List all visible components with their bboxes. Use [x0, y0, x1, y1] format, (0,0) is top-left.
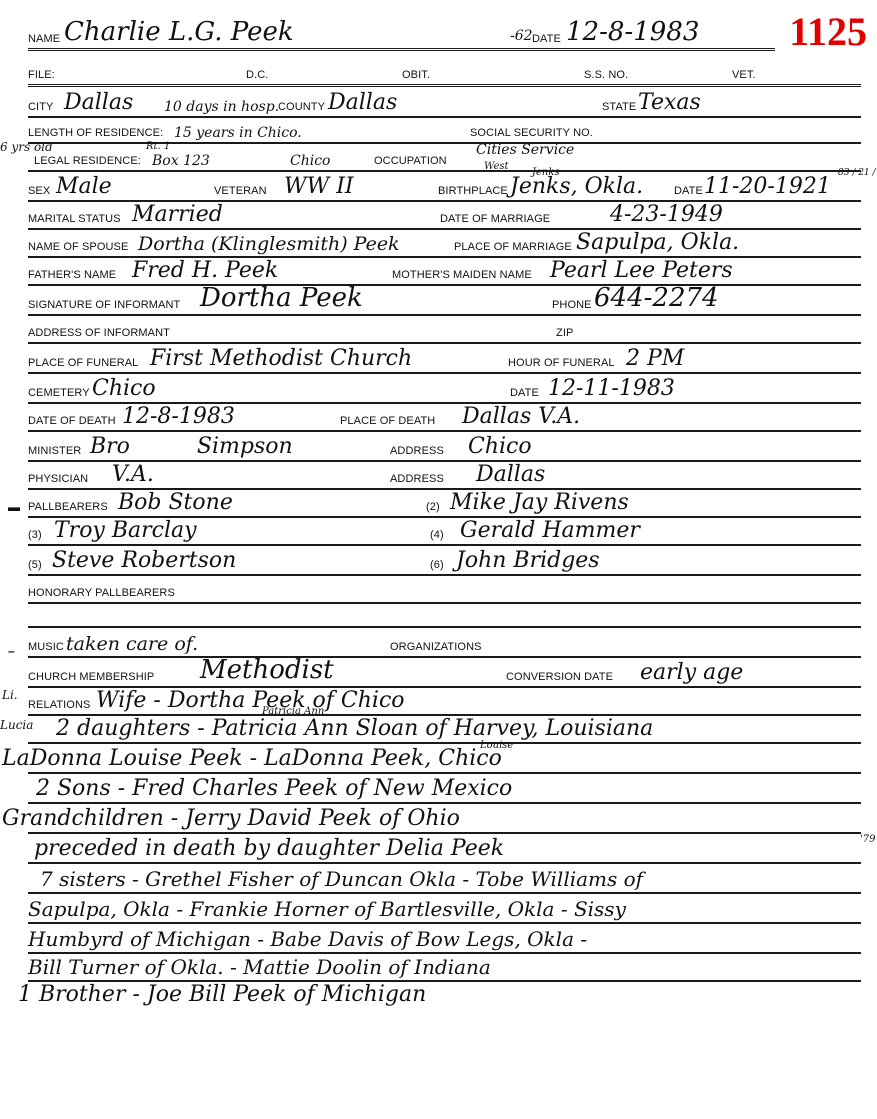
- relation-line-7[interactable]: 7 sisters - Grethel Fisher of Duncan Okl…: [40, 867, 643, 891]
- sex-value[interactable]: Male: [56, 174, 112, 199]
- birthplace-value[interactable]: Jenks, Okla.: [510, 174, 643, 199]
- pallbearer-6-num: (6): [430, 559, 444, 571]
- pallbearer-3-num: (3): [28, 529, 42, 541]
- relations-row-7: 7 sisters - Grethel Fisher of Duncan Okl…: [28, 862, 861, 894]
- relation-line-4[interactable]: 2 Sons - Fred Charles Peek of New Mexico: [36, 776, 512, 801]
- father-value[interactable]: Fred H. Peek: [132, 258, 278, 283]
- music-row: MUSIC taken care of. ORGANIZATIONS: [28, 626, 861, 658]
- funeral-place-row: PLACE OF FUNERAL First Methodist Church …: [28, 342, 861, 374]
- name-value[interactable]: Charlie L.G. Peek: [64, 17, 294, 47]
- sex-label: SEX: [28, 185, 50, 197]
- relations-row-6: preceded in death by daughter Delia Peek: [28, 832, 861, 864]
- church-value[interactable]: Methodist: [200, 655, 334, 685]
- pallbearer-2[interactable]: Mike Jay Rivens: [450, 490, 629, 515]
- cemetery-label: CEMETERY: [28, 387, 90, 399]
- pallbearer-6[interactable]: John Bridges: [456, 548, 600, 573]
- music-value[interactable]: taken care of.: [66, 633, 198, 655]
- music-arrow-icon: –: [8, 644, 15, 658]
- zip-label: ZIP: [556, 327, 573, 339]
- relation-line-8[interactable]: Sapulpa, Okla - Frankie Horner of Bartle…: [28, 897, 626, 921]
- legal-residence-value[interactable]: Box 123: [152, 153, 210, 169]
- father-row: FATHER'S NAME Fred H. Peek MOTHER'S MAID…: [28, 254, 861, 286]
- music-label: MUSIC: [28, 641, 64, 653]
- relations-row-5: Grandchildren - Jerry David Peek of Ohio: [28, 802, 861, 834]
- legal-residence-note: Rt. 1: [146, 141, 170, 152]
- pallbearer-5[interactable]: Steve Robertson: [52, 548, 236, 573]
- conversion-label: CONVERSION DATE: [506, 671, 613, 683]
- ssno-label: S.S. NO.: [584, 69, 628, 81]
- marital-value[interactable]: Married: [132, 202, 223, 227]
- spouse-label: NAME OF SPOUSE: [28, 241, 128, 253]
- death-place-label: PLACE OF DEATH: [340, 415, 435, 427]
- delia-note: '79: [860, 834, 875, 845]
- relation-line-1[interactable]: Wife - Dortha Peek of Chico: [96, 688, 405, 713]
- birth-date-label: DATE: [674, 185, 703, 197]
- funeral-place-value[interactable]: First Methodist Church: [150, 346, 412, 371]
- relation-line-9[interactable]: Humbyrd of Michigan - Babe Davis of Bow …: [28, 927, 587, 951]
- marriage-place-value[interactable]: Sapulpa, Okla.: [576, 230, 739, 255]
- birthplace-label: BIRTHPLACE: [438, 185, 508, 197]
- minister-label: MINISTER: [28, 445, 81, 457]
- phone-value[interactable]: 644-2274: [594, 283, 719, 313]
- funeral-hour-value[interactable]: 2 PM: [626, 346, 684, 371]
- pallbearers-label: PALLBEARERS: [28, 501, 108, 513]
- dc-label: D.C.: [246, 69, 268, 81]
- pallbearer-2-num: (2): [426, 501, 440, 513]
- marriage-place-label: PLACE OF MARRIAGE: [454, 241, 572, 253]
- veteran-value[interactable]: WW II: [284, 174, 354, 199]
- marriage-date-label: DATE OF MARRIAGE: [440, 213, 550, 225]
- relations-row-8: Sapulpa, Okla - Frankie Horner of Bartle…: [28, 892, 861, 924]
- organizations-label: ORGANIZATIONS: [390, 641, 482, 653]
- length-residence-value[interactable]: 15 years in Chico.: [174, 125, 302, 141]
- relations-row-11: 1 Brother - Joe Bill Peek of Michigan: [28, 980, 861, 1008]
- physician-address-label: ADDRESS: [390, 473, 444, 485]
- date-value[interactable]: 12-8-1983: [566, 17, 699, 47]
- church-label: CHURCH MEMBERSHIP: [28, 671, 154, 683]
- honorary-pallbearers-row: HONORARY PALLBEARERS: [28, 572, 861, 604]
- margin-note-relations: Li.: [2, 688, 18, 702]
- minister-address-label: ADDRESS: [390, 445, 444, 457]
- mother-value[interactable]: Pearl Lee Peters: [550, 258, 733, 283]
- relation-line-2[interactable]: 2 daughters - Patricia Ann Sloan of Harv…: [56, 716, 653, 741]
- mother-label: MOTHER'S MAIDEN NAME: [392, 269, 532, 281]
- minister-value[interactable]: Bro Simpson: [90, 434, 293, 459]
- name-row: NAME Charlie L.G. Peek -62 DATE 12-8-198…: [28, 18, 775, 51]
- pallbearer-4-num: (4): [430, 529, 444, 541]
- physician-label: PHYSICIAN: [28, 473, 88, 485]
- legal-residence-city[interactable]: Chico: [290, 153, 330, 169]
- occupation-label: OCCUPATION: [374, 155, 447, 167]
- informant-value[interactable]: Dortha Peek: [200, 283, 363, 313]
- relation-line-10[interactable]: Bill Turner of Okla. - Mattie Doolin of …: [28, 955, 491, 979]
- death-row: DATE OF DEATH 12-8-1983 PLACE OF DEATH D…: [28, 400, 861, 432]
- father-label: FATHER'S NAME: [28, 269, 116, 281]
- pallbearers-arrow-icon: ▬: [8, 500, 20, 514]
- occupation-value[interactable]: Cities Service: [476, 142, 574, 158]
- length-residence-label: LENGTH OF RESIDENCE:: [28, 127, 163, 139]
- relations-row-2: 2 daughters - Patricia Ann Sloan of Harv…: [28, 712, 861, 744]
- vet-label: VET.: [732, 69, 756, 81]
- marital-label: MARITAL STATUS: [28, 213, 121, 225]
- pallbearer-5-num: (5): [28, 559, 42, 571]
- spouse-value[interactable]: Dortha (Klinglesmith) Peek: [138, 233, 400, 255]
- relation-line-5[interactable]: Grandchildren - Jerry David Peek of Ohio: [2, 806, 460, 831]
- funeral-hour-label: HOUR OF FUNERAL: [508, 357, 615, 369]
- relations-row-10: Bill Turner of Okla. - Mattie Doolin of …: [28, 950, 861, 982]
- relations-row-4: 2 Sons - Fred Charles Peek of New Mexico: [28, 772, 861, 804]
- birth-date-note: 83 / 21 / 62: [838, 168, 877, 178]
- minister-address-value[interactable]: Chico: [468, 434, 532, 459]
- veteran-label: VETERAN: [214, 185, 267, 197]
- marriage-date-value[interactable]: 4-23-1949: [610, 202, 723, 227]
- conversion-value[interactable]: early age: [640, 660, 743, 685]
- honorary-pallbearers-label: HONORARY PALLBEARERS: [28, 587, 175, 599]
- pallbearer-1[interactable]: Bob Stone: [118, 490, 233, 515]
- death-place-value[interactable]: Dallas V.A.: [462, 404, 580, 429]
- informant-address-label: ADDRESS OF INFORMANT: [28, 327, 170, 339]
- informant-label: SIGNATURE OF INFORMANT: [28, 299, 180, 311]
- physician-address-value[interactable]: Dallas: [476, 462, 545, 487]
- file-label: FILE:: [28, 69, 55, 81]
- pallbearer-3[interactable]: Troy Barclay: [54, 518, 197, 543]
- pallbearer-4[interactable]: Gerald Hammer: [460, 518, 640, 543]
- relation-line-11[interactable]: 1 Brother - Joe Bill Peek of Michigan: [18, 982, 426, 1007]
- relations-label: RELATIONS: [28, 699, 90, 711]
- relations-row-3: LaDonna Louise Peek - LaDonna Peek, Chic…: [28, 742, 861, 774]
- file-row: FILE: D.C. OBIT. S.S. NO. VET.: [28, 54, 861, 87]
- relation-line-3[interactable]: LaDonna Louise Peek - LaDonna Peek, Chic…: [2, 746, 502, 771]
- record-number: 1125: [789, 12, 867, 52]
- obit-label: OBIT.: [402, 69, 430, 81]
- funeral-place-label: PLACE OF FUNERAL: [28, 357, 138, 369]
- physician-value[interactable]: V.A.: [112, 462, 154, 487]
- death-date-label: DATE OF DEATH: [28, 415, 116, 427]
- age-note: -62: [510, 28, 533, 44]
- birth-date-value[interactable]: 11-20-1921: [704, 174, 831, 199]
- cemetery-value[interactable]: Chico: [92, 376, 156, 401]
- name-label: NAME: [28, 33, 60, 45]
- cemetery-date-value[interactable]: 12-11-1983: [548, 376, 675, 401]
- phone-label: PHONE: [552, 299, 592, 311]
- funeral-record-form: 1125 NAME Charlie L.G. Peek -62 DATE 12-…: [0, 0, 877, 1119]
- legal-residence-row: LEGAL RESIDENCE: Rt. 1 Box 123 Chico OCC…: [28, 140, 861, 172]
- ssn-label: SOCIAL SECURITY NO.: [470, 127, 593, 139]
- informant-address-row: ADDRESS OF INFORMANT ZIP: [28, 312, 861, 344]
- relation-line-6[interactable]: preceded in death by daughter Delia Peek: [34, 836, 504, 861]
- death-date-value[interactable]: 12-8-1983: [122, 404, 235, 429]
- pallbearers-row-2: (3) Troy Barclay (4) Gerald Hammer: [28, 514, 861, 546]
- legal-residence-label: LEGAL RESIDENCE:: [34, 155, 141, 167]
- cemetery-date-label: DATE: [510, 387, 539, 399]
- date-label: DATE: [532, 33, 561, 45]
